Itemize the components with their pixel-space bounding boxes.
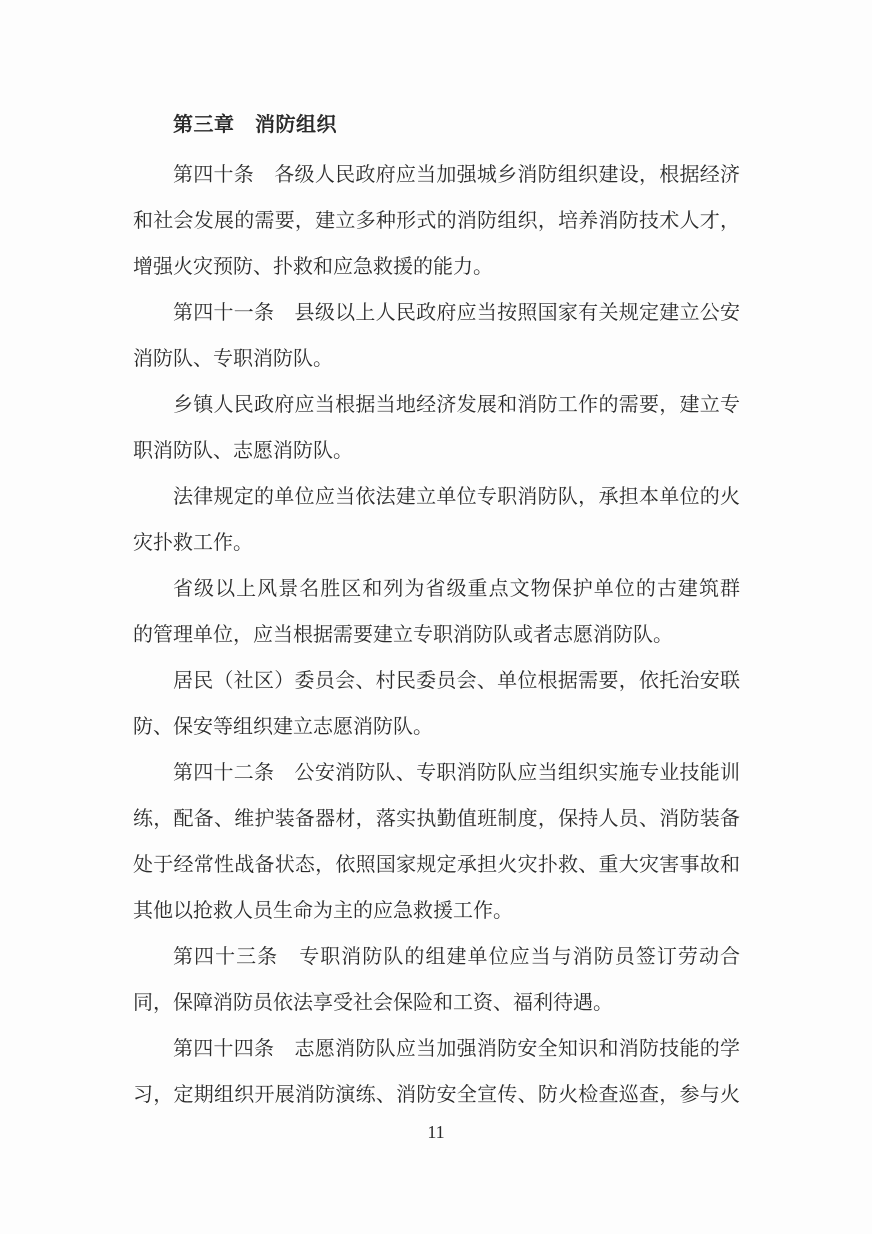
page-number: 11 [0, 1118, 872, 1146]
document-content: 第三章 消防组织 第四十条 各级人民政府应当加强城乡消防组织建设，根据经济和社会… [133, 99, 740, 1118]
body-text-line: 灾扑救工作。 [133, 520, 740, 566]
body-text-line: 省级以上风景名胜区和列为省级重点文物保护单位的古建筑群 [133, 566, 740, 612]
body-text-line: 练，配备、维护装备器材，落实执勤值班制度，保持人员、消防装备 [133, 796, 740, 842]
body-text-line: 第四十三条 专职消防队的组建单位应当与消防员签订劳动合 [133, 934, 740, 980]
body-text-line: 乡镇人民政府应当根据当地经济发展和消防工作的需要，建立专 [133, 382, 740, 428]
body-text-line: 和社会发展的需要，建立多种形式的消防组织，培养消防技术人才， [133, 198, 740, 244]
body-text-line: 处于经常性战备状态，依照国家规定承担火灾扑救、重大灾害事故和 [133, 842, 740, 888]
body-text-line: 第四十四条 志愿消防队应当加强消防安全知识和消防技能的学 [133, 1026, 740, 1072]
body-text-line: 习，定期组织开展消防演练、消防安全宣传、防火检查巡查，参与火 [133, 1072, 740, 1118]
body-text-line: 其他以抢救人员生命为主的应急救援工作。 [133, 888, 740, 934]
body-text-line: 第四十一条 县级以上人民政府应当按照国家有关规定建立公安 [133, 290, 740, 336]
body-text-line: 的管理单位，应当根据需要建立专职消防队或者志愿消防队。 [133, 612, 740, 658]
body-text-line: 居民（社区）委员会、村民委员会、单位根据需要，依托治安联 [133, 658, 740, 704]
chapter-heading: 第三章 消防组织 [133, 99, 740, 152]
body-text-line: 法律规定的单位应当依法建立单位专职消防队，承担本单位的火 [133, 474, 740, 520]
body-text-line: 消防队、专职消防队。 [133, 336, 740, 382]
document-body: 第四十条 各级人民政府应当加强城乡消防组织建设，根据经济和社会发展的需要，建立多… [133, 152, 740, 1118]
body-text-line: 增强火灾预防、扑救和应急救援的能力。 [133, 244, 740, 290]
body-text-line: 第四十二条 公安消防队、专职消防队应当组织实施专业技能训 [133, 750, 740, 796]
body-text-line: 防、保安等组织建立志愿消防队。 [133, 704, 740, 750]
body-text-line: 第四十条 各级人民政府应当加强城乡消防组织建设，根据经济 [133, 152, 740, 198]
body-text-line: 同，保障消防员依法享受社会保险和工资、福利待遇。 [133, 980, 740, 1026]
body-text-line: 职消防队、志愿消防队。 [133, 428, 740, 474]
document-page: 第三章 消防组织 第四十条 各级人民政府应当加强城乡消防组织建设，根据经济和社会… [0, 0, 872, 1234]
